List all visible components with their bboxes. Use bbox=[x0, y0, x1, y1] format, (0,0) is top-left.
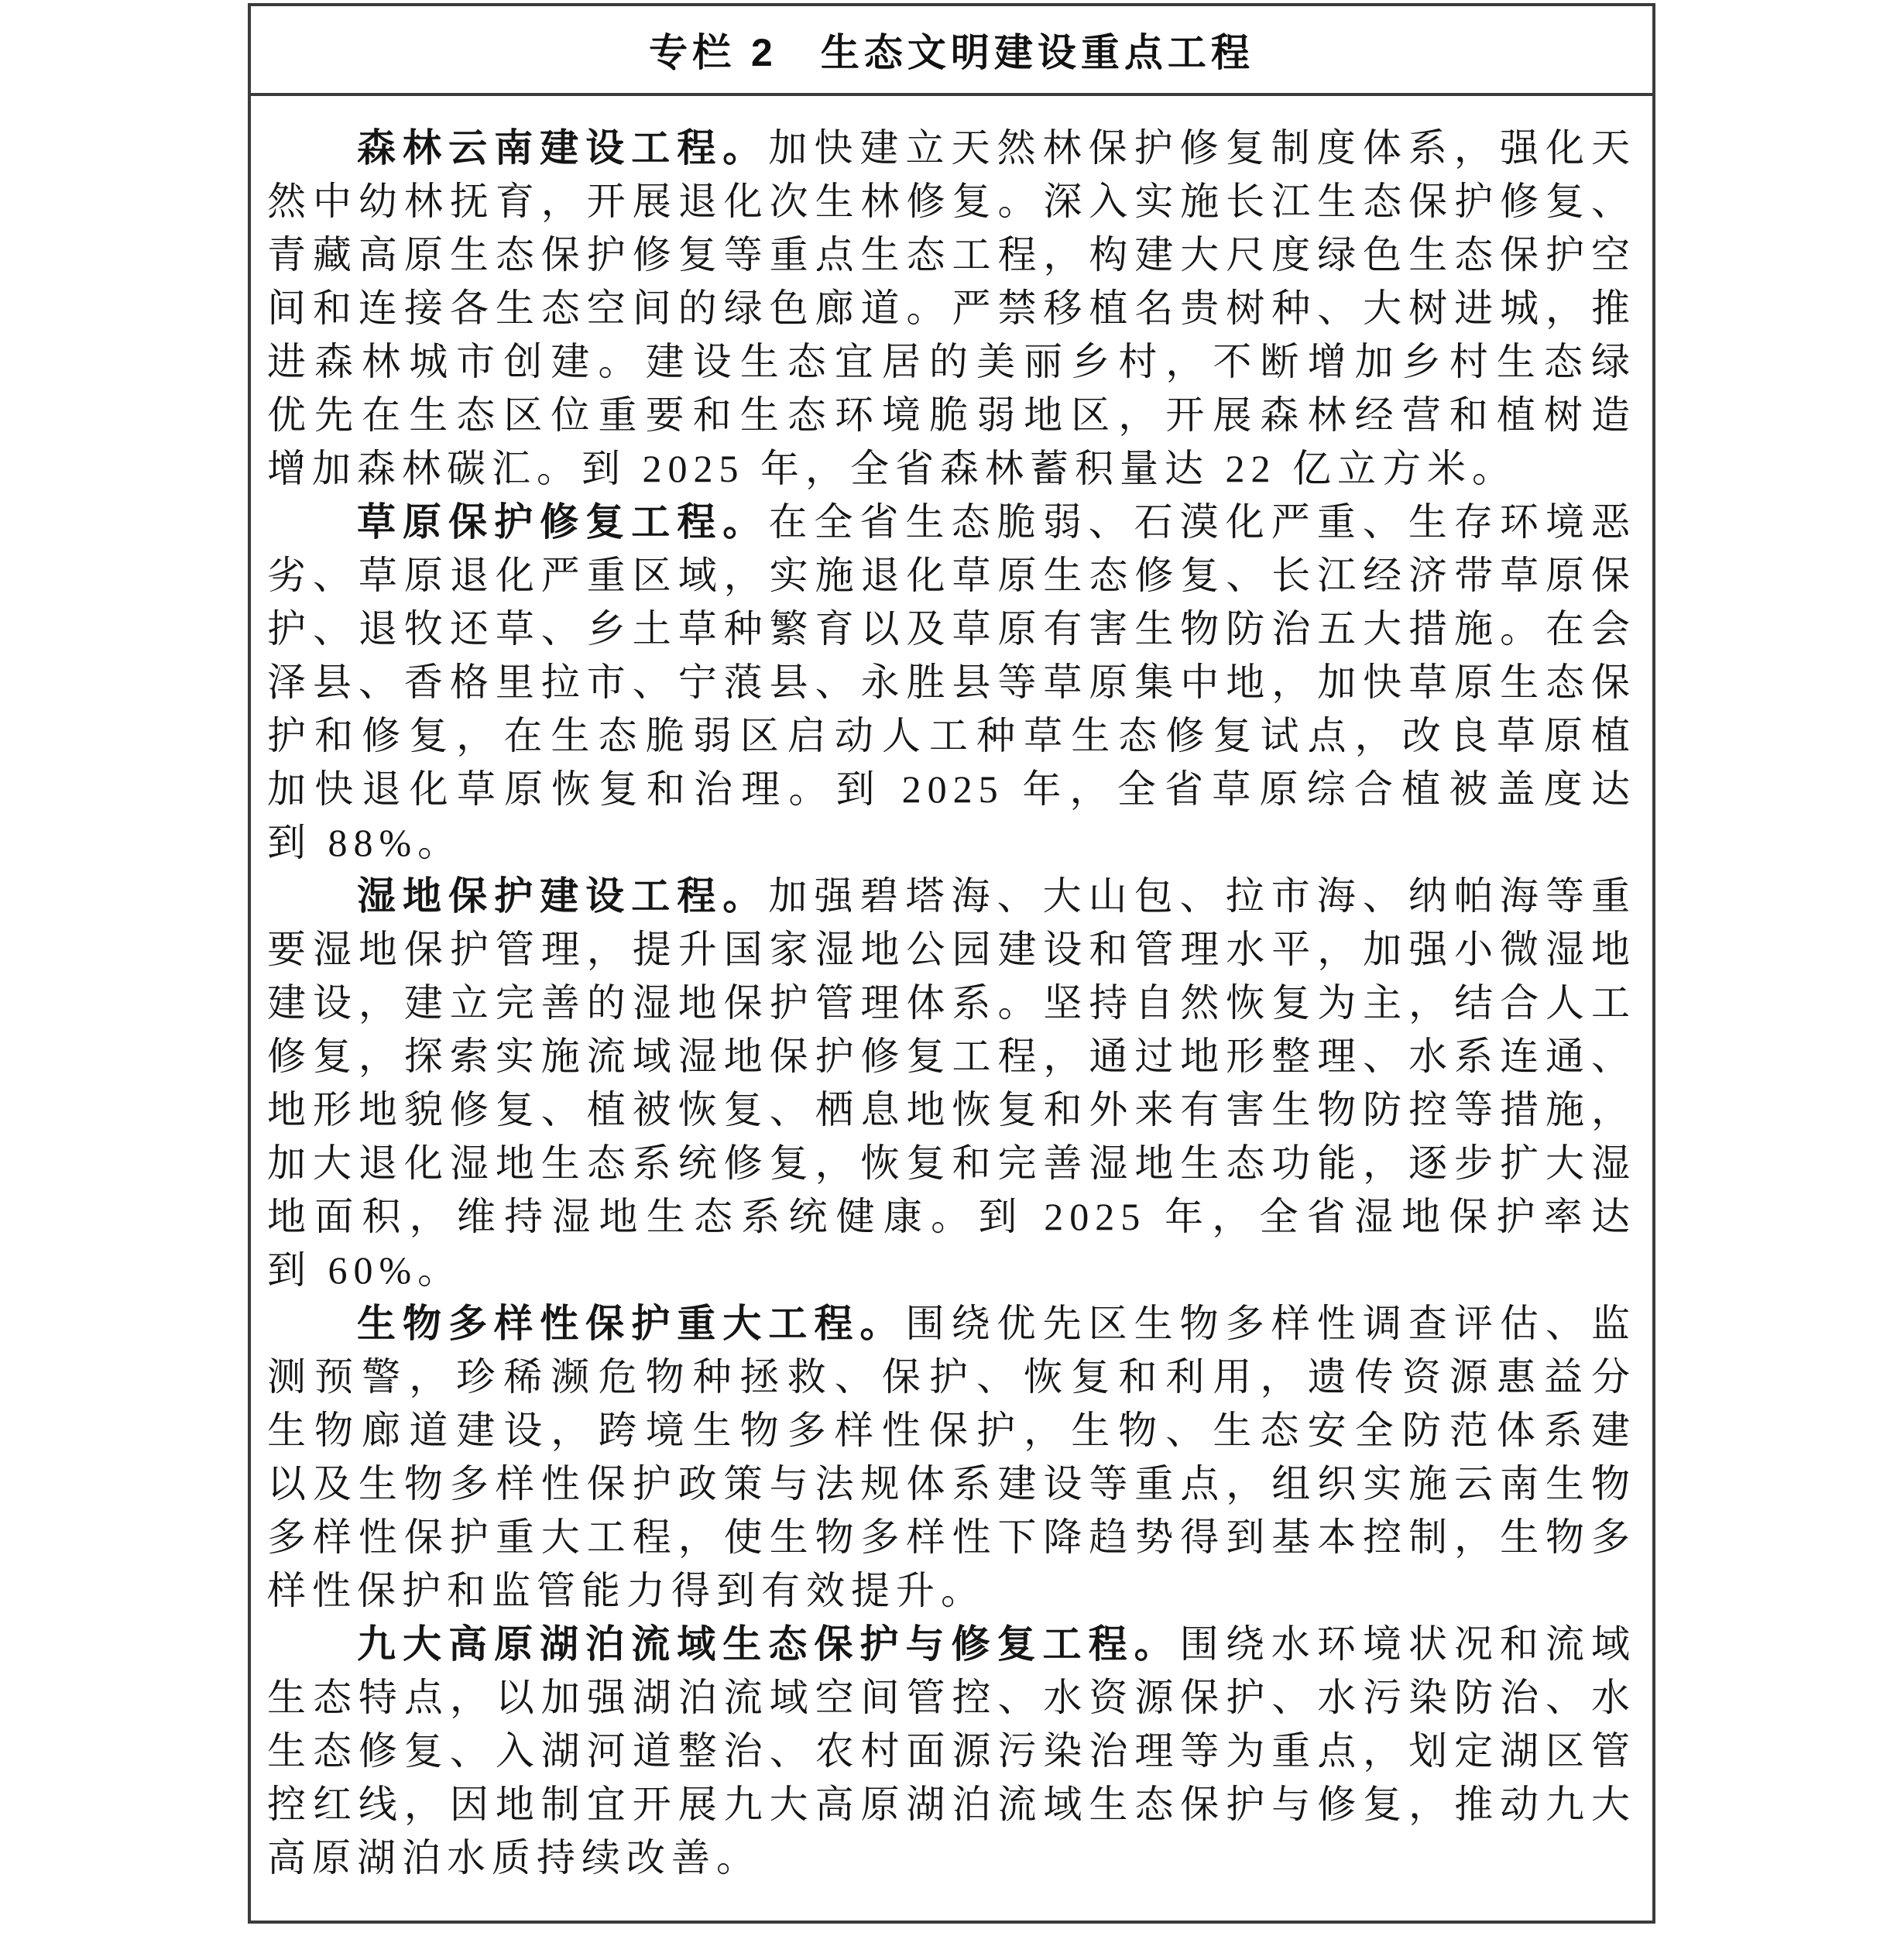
paragraph-lead: 湿地保护建设工程。 bbox=[357, 874, 768, 918]
column-body: 森林云南建设工程。加快建立天然林保护修复制度体系，强化天 然中幼林抚育，开展退化… bbox=[251, 96, 1652, 1885]
text-line: 地形地貌修复、植被恢复、栖息地恢复和外来有害生物防控等措施， bbox=[267, 1083, 1636, 1137]
text-line: 地面积，维持湿地生态系统健康。到 2025 年，全省湿地保护率达 bbox=[267, 1190, 1636, 1244]
column-box: 专栏 2 生态文明建设重点工程 森林云南建设工程。加快建立天然林保护修复制度体系… bbox=[248, 3, 1655, 1924]
text-line: 修复，探索实施流域湿地保护修复工程，通过地形整理、水系连通、 bbox=[267, 1030, 1636, 1083]
text-segment: 加强碧塔海、大山包、拉市海、纳帕海等重 bbox=[768, 874, 1636, 918]
text-line: 森林云南建设工程。加快建立天然林保护修复制度体系，强化天 bbox=[267, 122, 1636, 175]
text-line: 到 88%。 bbox=[267, 816, 1636, 870]
text-segment: 在全省生态脆弱、石漠化严重、生存环境恶 bbox=[768, 500, 1636, 544]
column-title: 专栏 2 生态文明建设重点工程 bbox=[649, 22, 1254, 77]
text-line: 生态特点，以加强湖泊流域空间管控、水资源保护、水污染防治、水 bbox=[267, 1671, 1636, 1725]
text-line: 护、退牧还草、乡土草种繁育以及草原有害生物防治五大措施。在会 bbox=[267, 602, 1636, 656]
text-line: 进森林城市创建。建设生态宜居的美丽乡村，不断增加乡村生态绿量。 bbox=[267, 335, 1636, 389]
text-line: 要湿地保护管理，提升国家湿地公园建设和管理水平，加强小微湿地 bbox=[267, 923, 1636, 977]
text-line: 生物廊道建设，跨境生物多样性保护，生物、生态安全防范体系建设， bbox=[267, 1404, 1636, 1457]
text-line: 优先在生态区位重要和生态环境脆弱地区，开展森林经营和植树造林， bbox=[267, 389, 1636, 442]
text-line: 劣、草原退化严重区域，实施退化草原生态修复、长江经济带草原保 bbox=[267, 549, 1636, 602]
text-segment: 围绕优先区生物多样性调查评估、监 bbox=[905, 1302, 1636, 1345]
paragraph-wetland: 湿地保护建设工程。加强碧塔海、大山包、拉市海、纳帕海等重 要湿地保护管理，提升国… bbox=[267, 870, 1636, 1297]
text-line: 然中幼林抚育，开展退化次生林修复。深入实施长江生态保护修复、 bbox=[267, 175, 1636, 228]
text-line: 生态修复、入湖河道整治、农村面源污染治理等为重点，划定湖区管 bbox=[267, 1725, 1636, 1778]
text-line: 草原保护修复工程。在全省生态脆弱、石漠化严重、生存环境恶 bbox=[267, 496, 1636, 549]
text-line: 测预警，珍稀濒危物种拯救、保护、恢复和利用，遗传资源惠益分享， bbox=[267, 1351, 1636, 1404]
text-line: 加大退化湿地生态系统修复，恢复和完善湿地生态功能，逐步扩大湿 bbox=[267, 1137, 1636, 1190]
paragraph-lead: 生物多样性保护重大工程。 bbox=[357, 1302, 905, 1345]
text-line: 护和修复，在生态脆弱区启动人工种草生态修复试点，改良草原植被， bbox=[267, 709, 1636, 763]
text-line: 九大高原湖泊流域生态保护与修复工程。围绕水环境状况和流域 bbox=[267, 1618, 1636, 1671]
paragraph-lead: 森林云南建设工程。 bbox=[357, 126, 768, 170]
paragraph-grassland: 草原保护修复工程。在全省生态脆弱、石漠化严重、生存环境恶 劣、草原退化严重区域，… bbox=[267, 496, 1636, 870]
text-line: 青藏高原生态保护修复等重点生态工程，构建大尺度绿色生态保护空 bbox=[267, 228, 1636, 282]
paragraph-lead: 九大高原湖泊流域生态保护与修复工程。 bbox=[357, 1622, 1180, 1666]
paragraph-forest-yunnan: 森林云南建设工程。加快建立天然林保护修复制度体系，强化天 然中幼林抚育，开展退化… bbox=[267, 122, 1636, 496]
text-line: 控红线，因地制宜开展九大高原湖泊流域生态保护与修复，推动九大 bbox=[267, 1778, 1636, 1831]
text-line: 高原湖泊水质持续改善。 bbox=[267, 1831, 1636, 1885]
text-line: 到 60%。 bbox=[267, 1244, 1636, 1297]
text-line: 间和连接各生态空间的绿色廊道。严禁移植名贵树种、大树进城，推 bbox=[267, 282, 1636, 335]
text-line: 建设，建立完善的湿地保护管理体系。坚持自然恢复为主，结合人工 bbox=[267, 977, 1636, 1030]
text-line: 增加森林碳汇。到 2025 年，全省森林蓄积量达 22 亿立方米。 bbox=[267, 442, 1636, 496]
text-line: 样性保护和监管能力得到有效提升。 bbox=[267, 1564, 1636, 1618]
paragraph-plateau-lakes: 九大高原湖泊流域生态保护与修复工程。围绕水环境状况和流域 生态特点，以加强湖泊流… bbox=[267, 1618, 1636, 1885]
paragraph-lead: 草原保护修复工程。 bbox=[357, 500, 768, 544]
text-line: 生物多样性保护重大工程。围绕优先区生物多样性调查评估、监 bbox=[267, 1297, 1636, 1351]
text-line: 以及生物多样性保护政策与法规体系建设等重点，组织实施云南生物 bbox=[267, 1457, 1636, 1511]
paragraph-biodiversity: 生物多样性保护重大工程。围绕优先区生物多样性调查评估、监 测预警，珍稀濒危物种拯… bbox=[267, 1297, 1636, 1618]
page: 专栏 2 生态文明建设重点工程 森林云南建设工程。加快建立天然林保护修复制度体系… bbox=[0, 0, 1904, 1936]
text-segment: 加快建立天然林保护修复制度体系，强化天 bbox=[768, 126, 1636, 170]
text-line: 泽县、香格里拉市、宁蒗县、永胜县等草原集中地，加快草原生态保 bbox=[267, 656, 1636, 709]
text-segment: 围绕水环境状况和流域 bbox=[1180, 1622, 1636, 1666]
text-line: 加快退化草原恢复和治理。到 2025 年，全省草原综合植被盖度达 bbox=[267, 763, 1636, 816]
text-line: 多样性保护重大工程，使生物多样性下降趋势得到基本控制，生物多 bbox=[267, 1511, 1636, 1564]
text-line: 湿地保护建设工程。加强碧塔海、大山包、拉市海、纳帕海等重 bbox=[267, 870, 1636, 923]
column-title-bar: 专栏 2 生态文明建设重点工程 bbox=[251, 6, 1652, 96]
